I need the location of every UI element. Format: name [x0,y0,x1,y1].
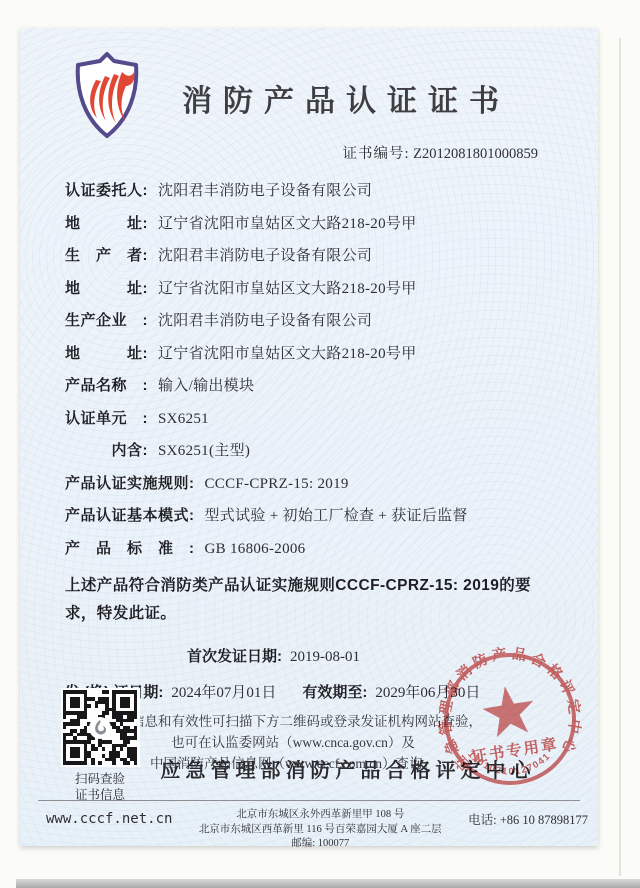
field-value: SX6251(主型) [158,439,250,460]
footer-address-line1: 北京市东城区永外西革新里甲 108 号 [172,808,468,823]
scan-page-edge [619,38,621,876]
footer-address-line2: 北京市东城区西革新里 116 号百荣嘉园大厦 A 座二层 [172,823,468,838]
field-value: 输入/输出模块 [158,374,254,395]
field-row-product-name: 产品名称 :输入/输出模块 [65,374,598,395]
field-value: 辽宁省沈阳市皇姑区文大路218-20号甲 [158,277,417,298]
field-label: 产品认证基本模式: [65,504,195,525]
field-row-production-enterprise: 生产企业 :沈阳君丰消防电子设备有限公司 [65,309,598,330]
footer-phone: 电话: +86 10 87898177 [468,810,588,828]
field-label: 产品名称 : [65,374,148,395]
certificate-title: 消防产品认证证书 [144,50,568,120]
field-row-applicant-address: 地 址:辽宁省沈阳市皇姑区文大路218-20号甲 [65,212,598,233]
certificate-header: 消防产品认证证书 [20,28,598,140]
field-label: 地 址: [65,277,148,298]
field-label: 地 址: [65,342,148,363]
footer-address: 北京市东城区永外西革新里甲 108 号 北京市东城区西革新里 116 号百荣嘉园… [172,805,468,852]
field-value: 沈阳君丰消防电子设备有限公司 [158,179,372,200]
first-issue-date-label: 首次发证日期: [187,648,282,665]
valid-until-value: 2029年06月30日 [375,681,480,702]
issuing-organization-name: 应急管理部消防产品合格评定中心 [158,754,538,783]
field-row-included-models: 内含:SX6251(主型) [65,439,598,460]
qr-caption: 扫码查验 证书信息 [50,771,150,804]
field-value: SX6251 [158,411,209,428]
conformity-statement: 上述产品符合消防类产品认证实施规则CCCF-CPRZ-15: 2019的要求，特… [65,572,553,629]
qr-code [61,688,140,767]
field-label: 生 产 者: [65,244,148,265]
footer-phone-label: 电话: [468,813,496,827]
footer-divider [38,800,580,801]
field-value: 沈阳君丰消防电子设备有限公司 [158,244,372,265]
field-value: 沈阳君丰消防电子设备有限公司 [158,309,372,330]
field-row-certification-mode: 产品认证基本模式:型式试验 + 初始工厂检查 + 获证后监督 [65,504,598,525]
first-issue-date-value: 2019-08-01 [290,649,360,665]
qr-caption-line1: 扫码查验 [50,771,150,787]
field-row-manufacturer: 生 产 者:沈阳君丰消防电子设备有限公司 [65,244,598,265]
field-value: 辽宁省沈阳市皇姑区文大路218-20号甲 [158,342,417,363]
valid-until-label: 有效期至: [302,681,367,702]
qr-center-flame-icon [89,717,111,739]
footer-website: www.cccf.net.cn [46,811,172,827]
field-value: GB 16806-2006 [205,541,306,558]
certificate-number-row: 证书编号: Z2012081801000859 [20,142,598,163]
field-value: 型式试验 + 初始工厂检查 + 获证后监督 [205,504,468,525]
field-value: 辽宁省沈阳市皇姑区文大路218-20号甲 [158,212,417,233]
field-row-enterprise-address: 地 址:辽宁省沈阳市皇姑区文大路218-20号甲 [65,342,598,363]
field-row-implementation-rules: 产品认证实施规则:CCCF-CPRZ-15: 2019 [65,472,598,493]
scan-bottom-shadow [16,879,640,888]
reissue-date-value: 2024年07月01日 [171,681,276,702]
field-label: 产品认证实施规则: [65,472,195,493]
footer-phone-value: +86 10 87898177 [500,813,588,827]
field-row-manufacturer-address: 地 址:辽宁省沈阳市皇姑区文大路218-20号甲 [65,277,598,298]
field-row-certification-unit: 认证单元 :SX6251 [65,407,598,428]
field-label: 认证委托人: [65,179,148,200]
qr-caption-line2: 证书信息 [50,787,150,803]
field-label: 生产企业 : [65,309,148,330]
field-row-applicant: 认证委托人:沈阳君丰消防电子设备有限公司 [65,179,598,200]
field-label: 内含: [65,439,148,460]
qr-block: 扫码查验 证书信息 [50,688,150,804]
field-row-product-standard: 产 品 标 准 :GB 16806-2006 [65,537,598,558]
certificate-fields: 认证委托人:沈阳君丰消防电子设备有限公司 地 址:辽宁省沈阳市皇姑区文大路218… [65,179,598,558]
certificate-number-label: 证书编号: [342,146,409,162]
footer-postcode: 邮编: 100077 [172,837,468,852]
field-label: 地 址: [65,212,148,233]
field-label: 认证单元 : [65,407,148,428]
certificate-number-value: Z2012081801000859 [413,146,538,162]
certificate-paper: 消防产品认证证书 证书编号: Z2012081801000859 认证委托人:沈… [20,28,598,846]
cccf-shield-flame-logo [70,50,144,140]
field-label: 产 品 标 准 : [65,537,195,558]
first-issue-date-row: 首次发证日期:2019-08-01 [187,645,598,666]
field-value: CCCF-CPRZ-15: 2019 [205,476,349,493]
footer: www.cccf.net.cn 北京市东城区永外西革新里甲 108 号 北京市东… [38,805,588,852]
